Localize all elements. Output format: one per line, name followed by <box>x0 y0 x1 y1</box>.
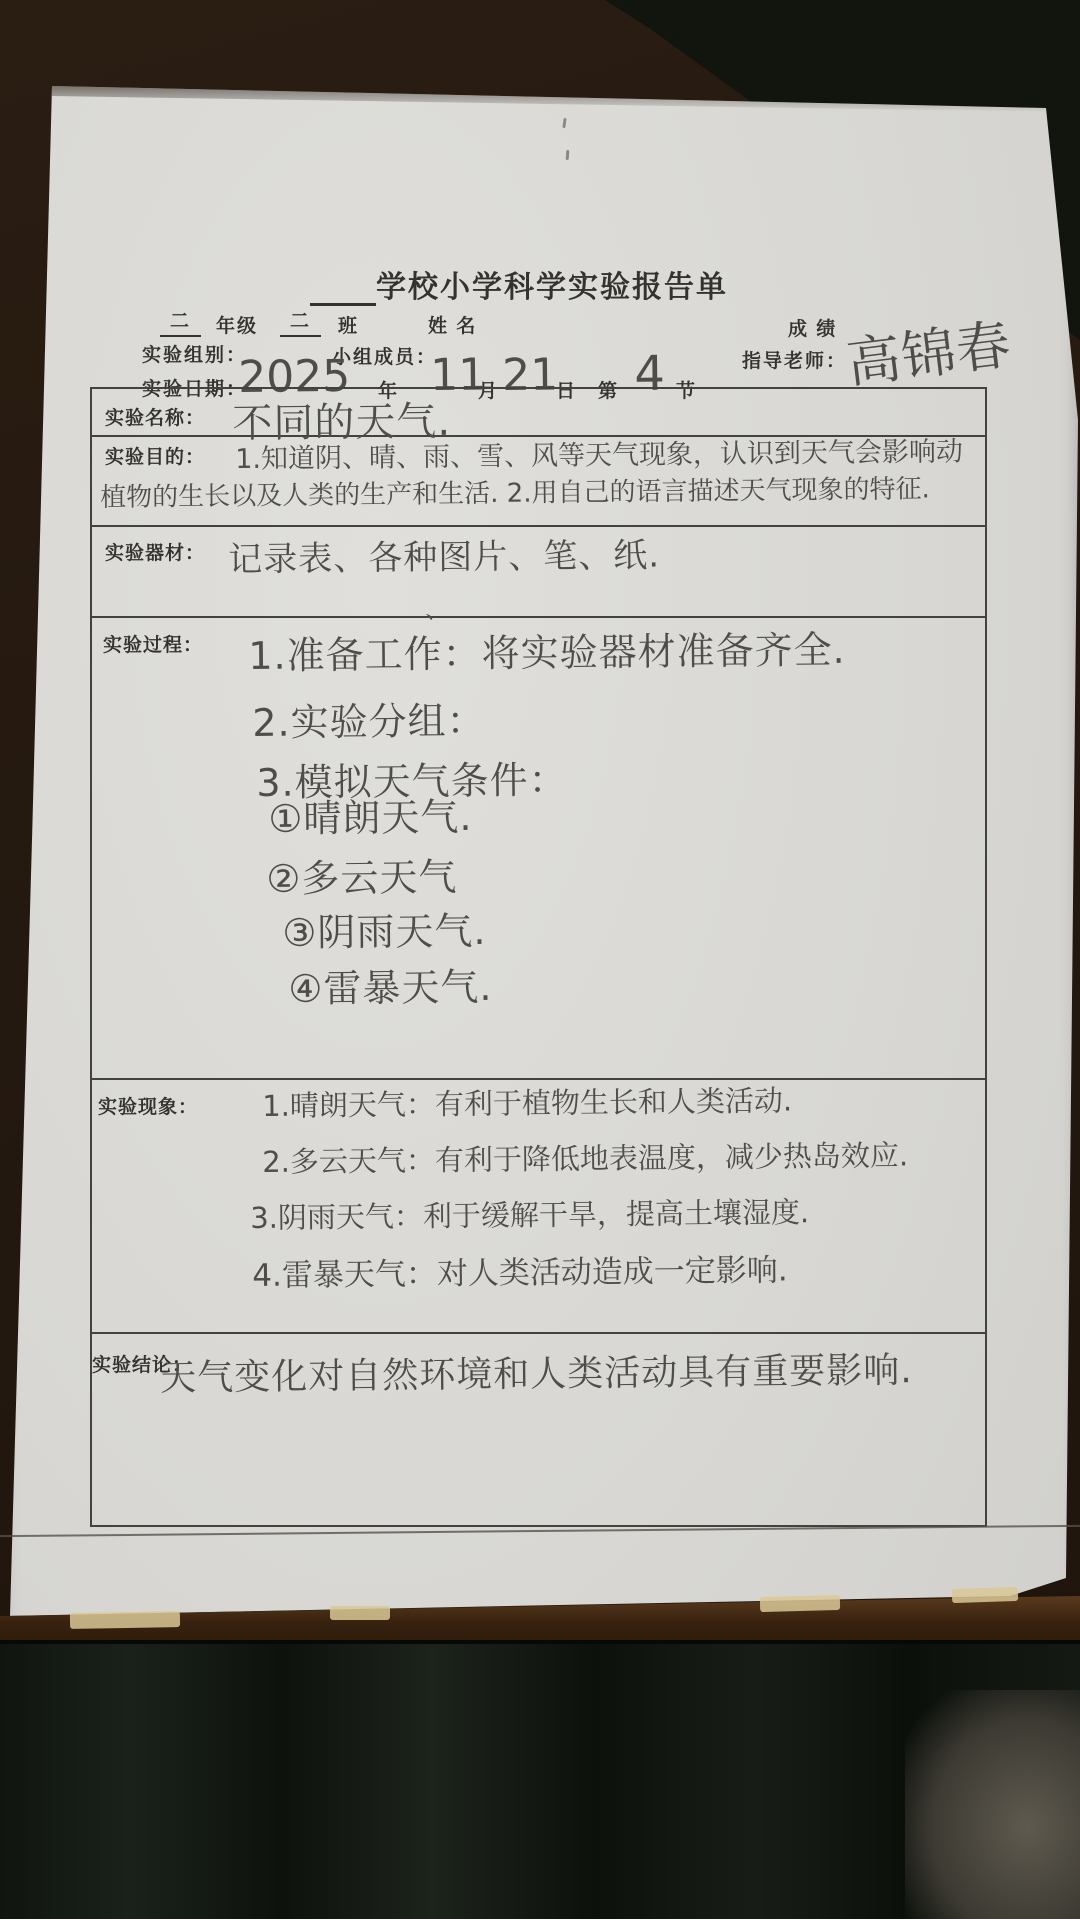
teacher-label: 指导老师： <box>742 346 847 373</box>
class-label: 班 <box>338 311 359 338</box>
table-row-divider <box>90 525 985 527</box>
table-row-divider <box>90 1332 985 1334</box>
form-title-text: 学校小学科学实验报告单 <box>376 271 728 304</box>
hw-conclusion: 天气变化对自然环境和人类活动具有重要影响. <box>160 1342 913 1401</box>
tape-fragment <box>952 1587 1018 1603</box>
class-value: 二 <box>280 306 321 337</box>
name-label: 姓 名 <box>428 311 477 338</box>
hw-procedure-item1: ①晴朗天气. <box>268 786 473 843</box>
hw-procedure-item3: ③阴雨天气. <box>282 900 487 957</box>
tape-fragment <box>330 1606 390 1620</box>
hw-stray-mark: 、 <box>425 590 449 625</box>
hw-phenomena-line4: 4.雷暴天气：对人类活动造成一定影响. <box>252 1244 788 1295</box>
bottom-right-object <box>905 1690 1080 1919</box>
score-label: 成 绩 <box>788 314 837 341</box>
title-blank-line <box>310 277 376 306</box>
form-title: 学校小学科学实验报告单 <box>310 262 728 306</box>
hw-phenomena-line3: 3.阴雨天气：利于缓解干旱，提高土壤湿度. <box>250 1190 809 1237</box>
row-label-experiment-phenomena: 实验现象： <box>98 1092 198 1119</box>
hw-procedure-step1: 1.准备工作：将实验器材准备齐全. <box>248 619 846 680</box>
row-label-experiment-purpose: 实验目的： <box>105 442 205 469</box>
hw-phenomena-line1: 1.晴朗天气：有利于植物生长和人类活动. <box>262 1078 792 1125</box>
hw-phenomena-line2: 2.多云天气：有利于降低地表温度，减少热岛效应. <box>262 1133 908 1181</box>
row-label-experiment-materials: 实验器材： <box>105 538 205 565</box>
hw-procedure-item2: ②多云天气 <box>266 846 458 903</box>
table-row-divider <box>90 616 985 618</box>
row-label-experiment-name: 实验名称： <box>105 403 205 430</box>
tape-fragment <box>760 1595 840 1612</box>
group-label: 实验组别： <box>142 340 247 367</box>
grade-label: 年级 <box>216 311 258 338</box>
hw-materials: 记录表、各种图片、笔、纸. <box>228 527 660 581</box>
tape-fragment <box>70 1611 180 1629</box>
hw-procedure-item4: ④雷暴天气. <box>288 956 493 1013</box>
table-row-divider <box>90 1078 985 1080</box>
grade-value: 二 <box>160 306 201 337</box>
row-label-experiment-procedure: 实验过程： <box>103 630 203 657</box>
hw-procedure-step2: 2.实验分组： <box>252 690 486 747</box>
